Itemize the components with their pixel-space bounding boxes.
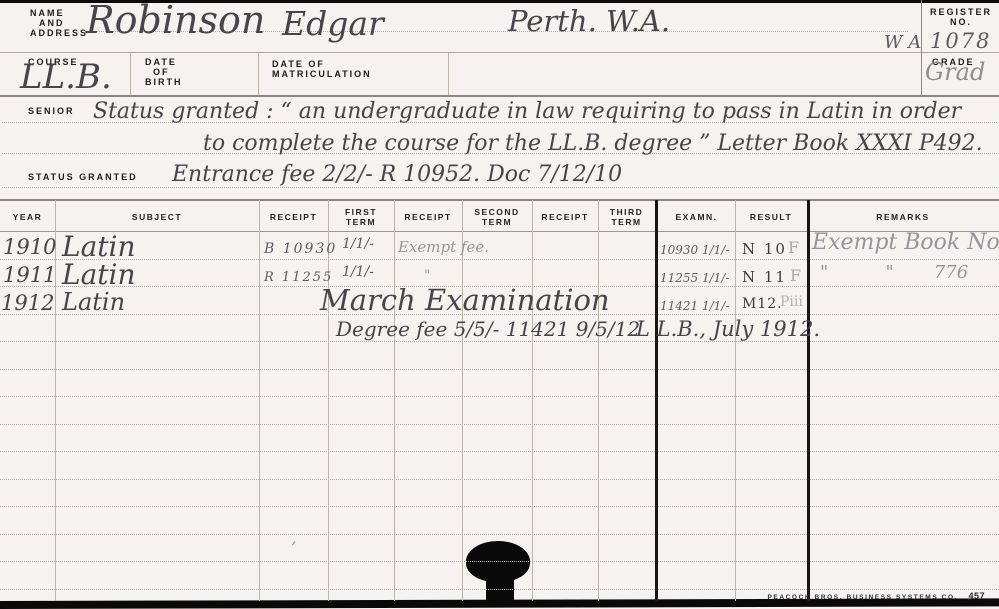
col-rule-result-thick bbox=[807, 200, 810, 601]
register-state-value: W A bbox=[884, 32, 921, 53]
col-rule-year bbox=[55, 200, 56, 601]
divider-dob-matric bbox=[258, 53, 259, 95]
col-rule-subject bbox=[259, 200, 260, 601]
col-rule-receipt1 bbox=[328, 200, 329, 601]
divider-matric-blank bbox=[448, 53, 449, 95]
row-rule bbox=[0, 479, 999, 480]
name-given-value: Edgar bbox=[282, 4, 384, 43]
cell-subject: Latin bbox=[62, 288, 125, 316]
col-rule-term2 bbox=[532, 200, 533, 601]
cell-result-faint: F bbox=[790, 266, 801, 285]
senior-label: Senior bbox=[28, 106, 75, 116]
header-receipt-1: Receipt bbox=[259, 204, 328, 230]
row-rule bbox=[0, 369, 999, 370]
header-remarks: Remarks bbox=[807, 204, 999, 230]
cell-first-term: 1/1/- bbox=[342, 264, 374, 280]
row-rule bbox=[0, 534, 999, 535]
stray-mark: ’ bbox=[291, 538, 296, 557]
header-result: Result bbox=[735, 204, 807, 230]
cell-remarks: " " 776 bbox=[820, 262, 968, 283]
cell-receipt: B 10930 bbox=[264, 241, 337, 257]
cell-result: N 10 bbox=[742, 240, 787, 258]
table-top-rule bbox=[0, 199, 999, 201]
status-granted-label: Status Granted bbox=[28, 172, 138, 182]
printer-imprint: Peacock Bros. Business Systems Co. 457 bbox=[0, 586, 985, 604]
date-of-matriculation-label: Date of Matriculation bbox=[272, 59, 372, 79]
cell-receipt2-note: Exempt fee. bbox=[398, 238, 489, 256]
address-value: Perth. W.A. bbox=[508, 4, 670, 38]
cell-examn: 11255 1/1/- bbox=[660, 271, 729, 285]
header-second-term: Second Term bbox=[462, 204, 532, 230]
grade-value: Grad bbox=[925, 58, 985, 86]
col-rule-term3-thick bbox=[655, 200, 658, 601]
cell-subject: Latin bbox=[62, 258, 136, 291]
rule-under-name-row bbox=[0, 52, 999, 53]
cell-result-faint: F bbox=[788, 238, 799, 257]
header-examn: Examn. bbox=[658, 204, 735, 230]
cell-examn: 11421 1/1/- bbox=[660, 299, 729, 313]
cell-result-faint: Piii bbox=[780, 294, 803, 310]
imprint-text: Peacock Bros. Business Systems Co. bbox=[767, 594, 958, 601]
header-receipt-3: Receipt bbox=[532, 204, 598, 230]
col-rule-receipt2 bbox=[462, 200, 463, 601]
senior-line2: to complete the course for the LL.B. deg… bbox=[203, 131, 983, 156]
cell-span-note: Degree fee 5/5/- 11421 9/5/12 bbox=[336, 317, 640, 341]
header-subject: Subject bbox=[55, 204, 259, 230]
cell-result: M12. bbox=[742, 296, 783, 312]
row-rule bbox=[0, 259, 999, 260]
record-card: Name and Address Robinson Edgar Perth. W… bbox=[0, 0, 999, 609]
col-rule-term1 bbox=[394, 200, 395, 601]
cell-year: 1910 bbox=[3, 235, 56, 259]
row-rule bbox=[0, 396, 999, 397]
header-receipt-2: Receipt bbox=[394, 204, 462, 230]
divider-course-dob bbox=[130, 53, 131, 95]
register-number-value: 1078 bbox=[930, 29, 991, 53]
cell-examn: 10930 1/1/- bbox=[660, 243, 729, 257]
col-rule-examn bbox=[735, 200, 736, 601]
cell-year: 1912 bbox=[1, 291, 54, 315]
status-granted-rule bbox=[2, 187, 997, 188]
date-of-birth-label: Date of Birth bbox=[145, 57, 183, 87]
header-year: Year bbox=[0, 204, 55, 230]
header-first-term: First Term bbox=[328, 204, 394, 230]
cell-span-note: March Examination bbox=[320, 283, 610, 317]
course-value: LL.B. bbox=[20, 57, 112, 97]
cell-result-note: L L.B., July 1912. bbox=[636, 317, 820, 341]
cell-first-term: 1/1/- bbox=[342, 236, 374, 252]
row-rule bbox=[0, 506, 999, 507]
register-no-label: Register No. bbox=[928, 7, 994, 27]
header-third-term: Third Term bbox=[598, 204, 655, 230]
cell-year: 1911 bbox=[3, 263, 56, 287]
row-rule bbox=[0, 561, 999, 562]
name-address-label: Name and Address bbox=[30, 8, 88, 38]
row-rule bbox=[0, 451, 999, 452]
status-granted-value: Entrance fee 2/2/- R 10952. Doc 7/12/10 bbox=[172, 162, 622, 187]
rule-under-course-row bbox=[0, 95, 999, 97]
col-rule-receipt3 bbox=[598, 200, 599, 601]
row-rule bbox=[0, 424, 999, 425]
senior-line1: Status granted : “ an undergraduate in l… bbox=[93, 99, 961, 124]
cell-result: N 11 bbox=[742, 268, 787, 286]
name-surname-value: Robinson bbox=[86, 0, 265, 42]
cell-receipt2-note: " bbox=[424, 268, 430, 284]
imprint-number: 457 bbox=[968, 591, 985, 601]
cell-remarks: Exempt Book No 696 bbox=[812, 230, 999, 255]
row-rule bbox=[0, 341, 999, 342]
